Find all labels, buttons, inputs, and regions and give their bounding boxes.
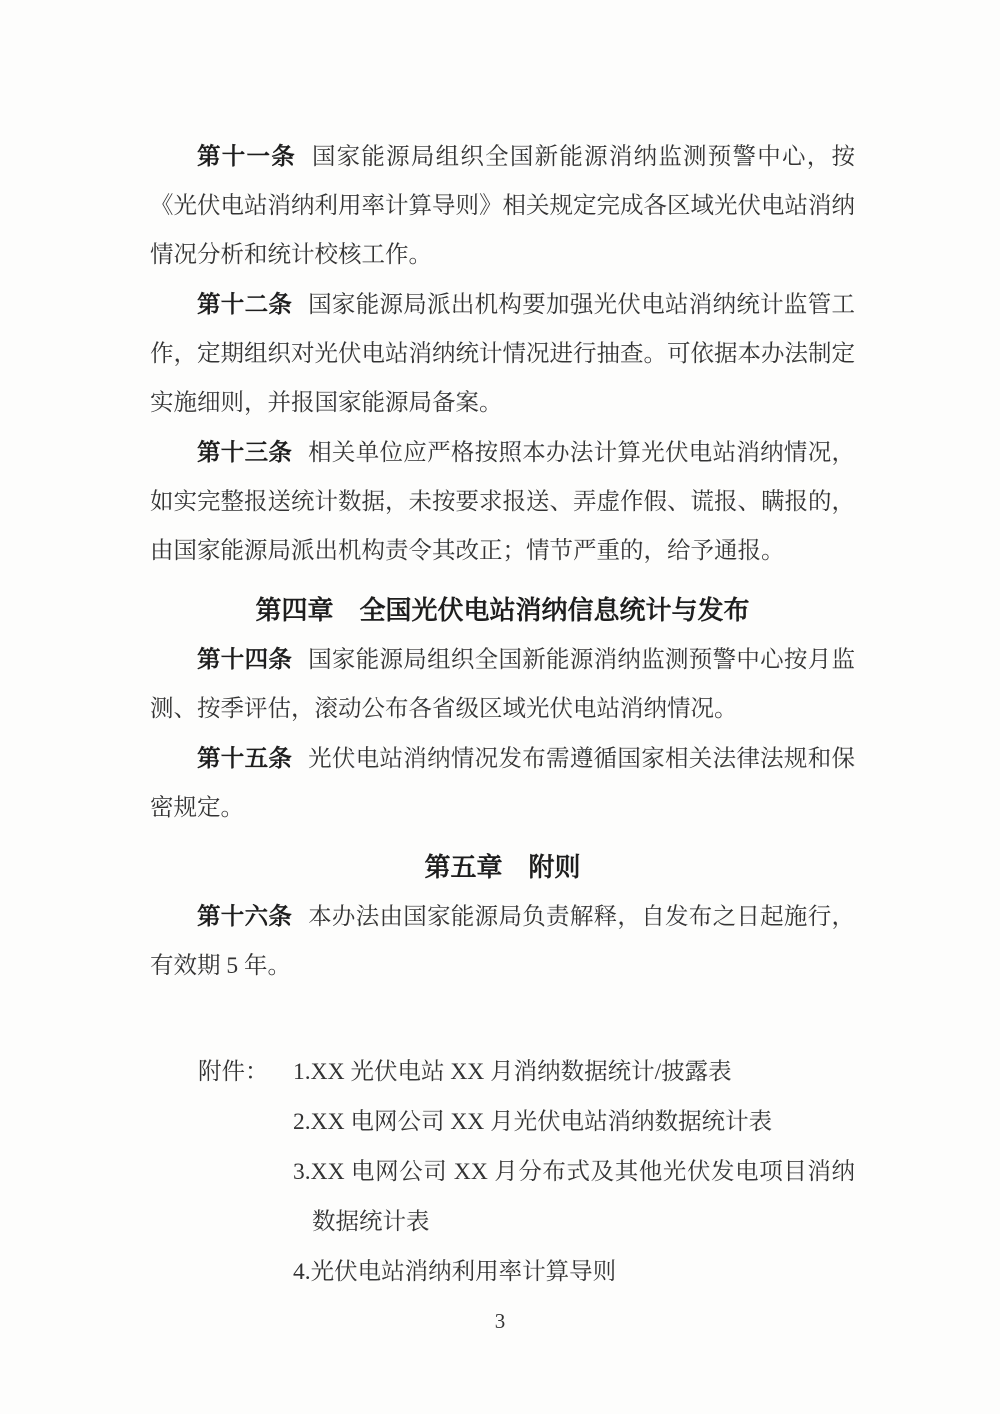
article-12-number: 第十二条 bbox=[197, 291, 292, 317]
article-12-paragraph: 第十二条国家能源局派出机构要加强光伏电站消纳统计监管工作，定期组织对光伏电站消纳… bbox=[150, 280, 855, 428]
page-number: 3 bbox=[0, 1308, 1000, 1334]
article-11-number: 第十一条 bbox=[197, 143, 296, 169]
chapter-4-heading: 第四章 全国光伏电站消纳信息统计与发布 bbox=[150, 586, 855, 635]
article-13-number: 第十三条 bbox=[197, 439, 292, 465]
attachment-item-1: 1.XX 光伏电站 XX 月消纳数据统计/披露表 bbox=[293, 1047, 855, 1097]
article-11-paragraph: 第十一条国家能源局组织全国新能源消纳监测预警中心，按《光伏电站消纳利用率计算导则… bbox=[150, 132, 855, 280]
document-page: 第十一条国家能源局组织全国新能源消纳监测预警中心，按《光伏电站消纳利用率计算导则… bbox=[0, 0, 1000, 1414]
document-body: 第十一条国家能源局组织全国新能源消纳监测预警中心，按《光伏电站消纳利用率计算导则… bbox=[150, 132, 855, 1297]
article-14-paragraph: 第十四条国家能源局组织全国新能源消纳监测预警中心按月监测、按季评估，滚动公布各省… bbox=[150, 635, 855, 734]
attachment-item-3: 3.XX 电网公司 XX 月分布式及其他光伏发电项目消纳数据统计表 bbox=[293, 1147, 855, 1247]
article-14-number: 第十四条 bbox=[197, 646, 292, 672]
article-15-paragraph: 第十五条光伏电站消纳情况发布需遵循国家相关法律法规和保密规定。 bbox=[150, 734, 855, 833]
article-16-number: 第十六条 bbox=[197, 903, 292, 929]
attachments-section: 附件： 1.XX 光伏电站 XX 月消纳数据统计/披露表 2.XX 电网公司 X… bbox=[150, 1047, 855, 1297]
article-13-paragraph: 第十三条相关单位应严格按照本办法计算光伏电站消纳情况，如实完整报送统计数据，未按… bbox=[150, 428, 855, 576]
article-15-number: 第十五条 bbox=[197, 745, 292, 771]
attachment-item-4: 4.光伏电站消纳利用率计算导则 bbox=[293, 1247, 855, 1297]
attachments-list: 1.XX 光伏电站 XX 月消纳数据统计/披露表 2.XX 电网公司 XX 月光… bbox=[293, 1047, 855, 1297]
chapter-5-heading: 第五章 附则 bbox=[150, 843, 855, 892]
article-16-paragraph: 第十六条本办法由国家能源局负责解释，自发布之日起施行，有效期 5 年。 bbox=[150, 892, 855, 991]
attachments-label: 附件： bbox=[198, 1047, 270, 1297]
attachment-item-2: 2.XX 电网公司 XX 月光伏电站消纳数据统计表 bbox=[293, 1097, 855, 1147]
